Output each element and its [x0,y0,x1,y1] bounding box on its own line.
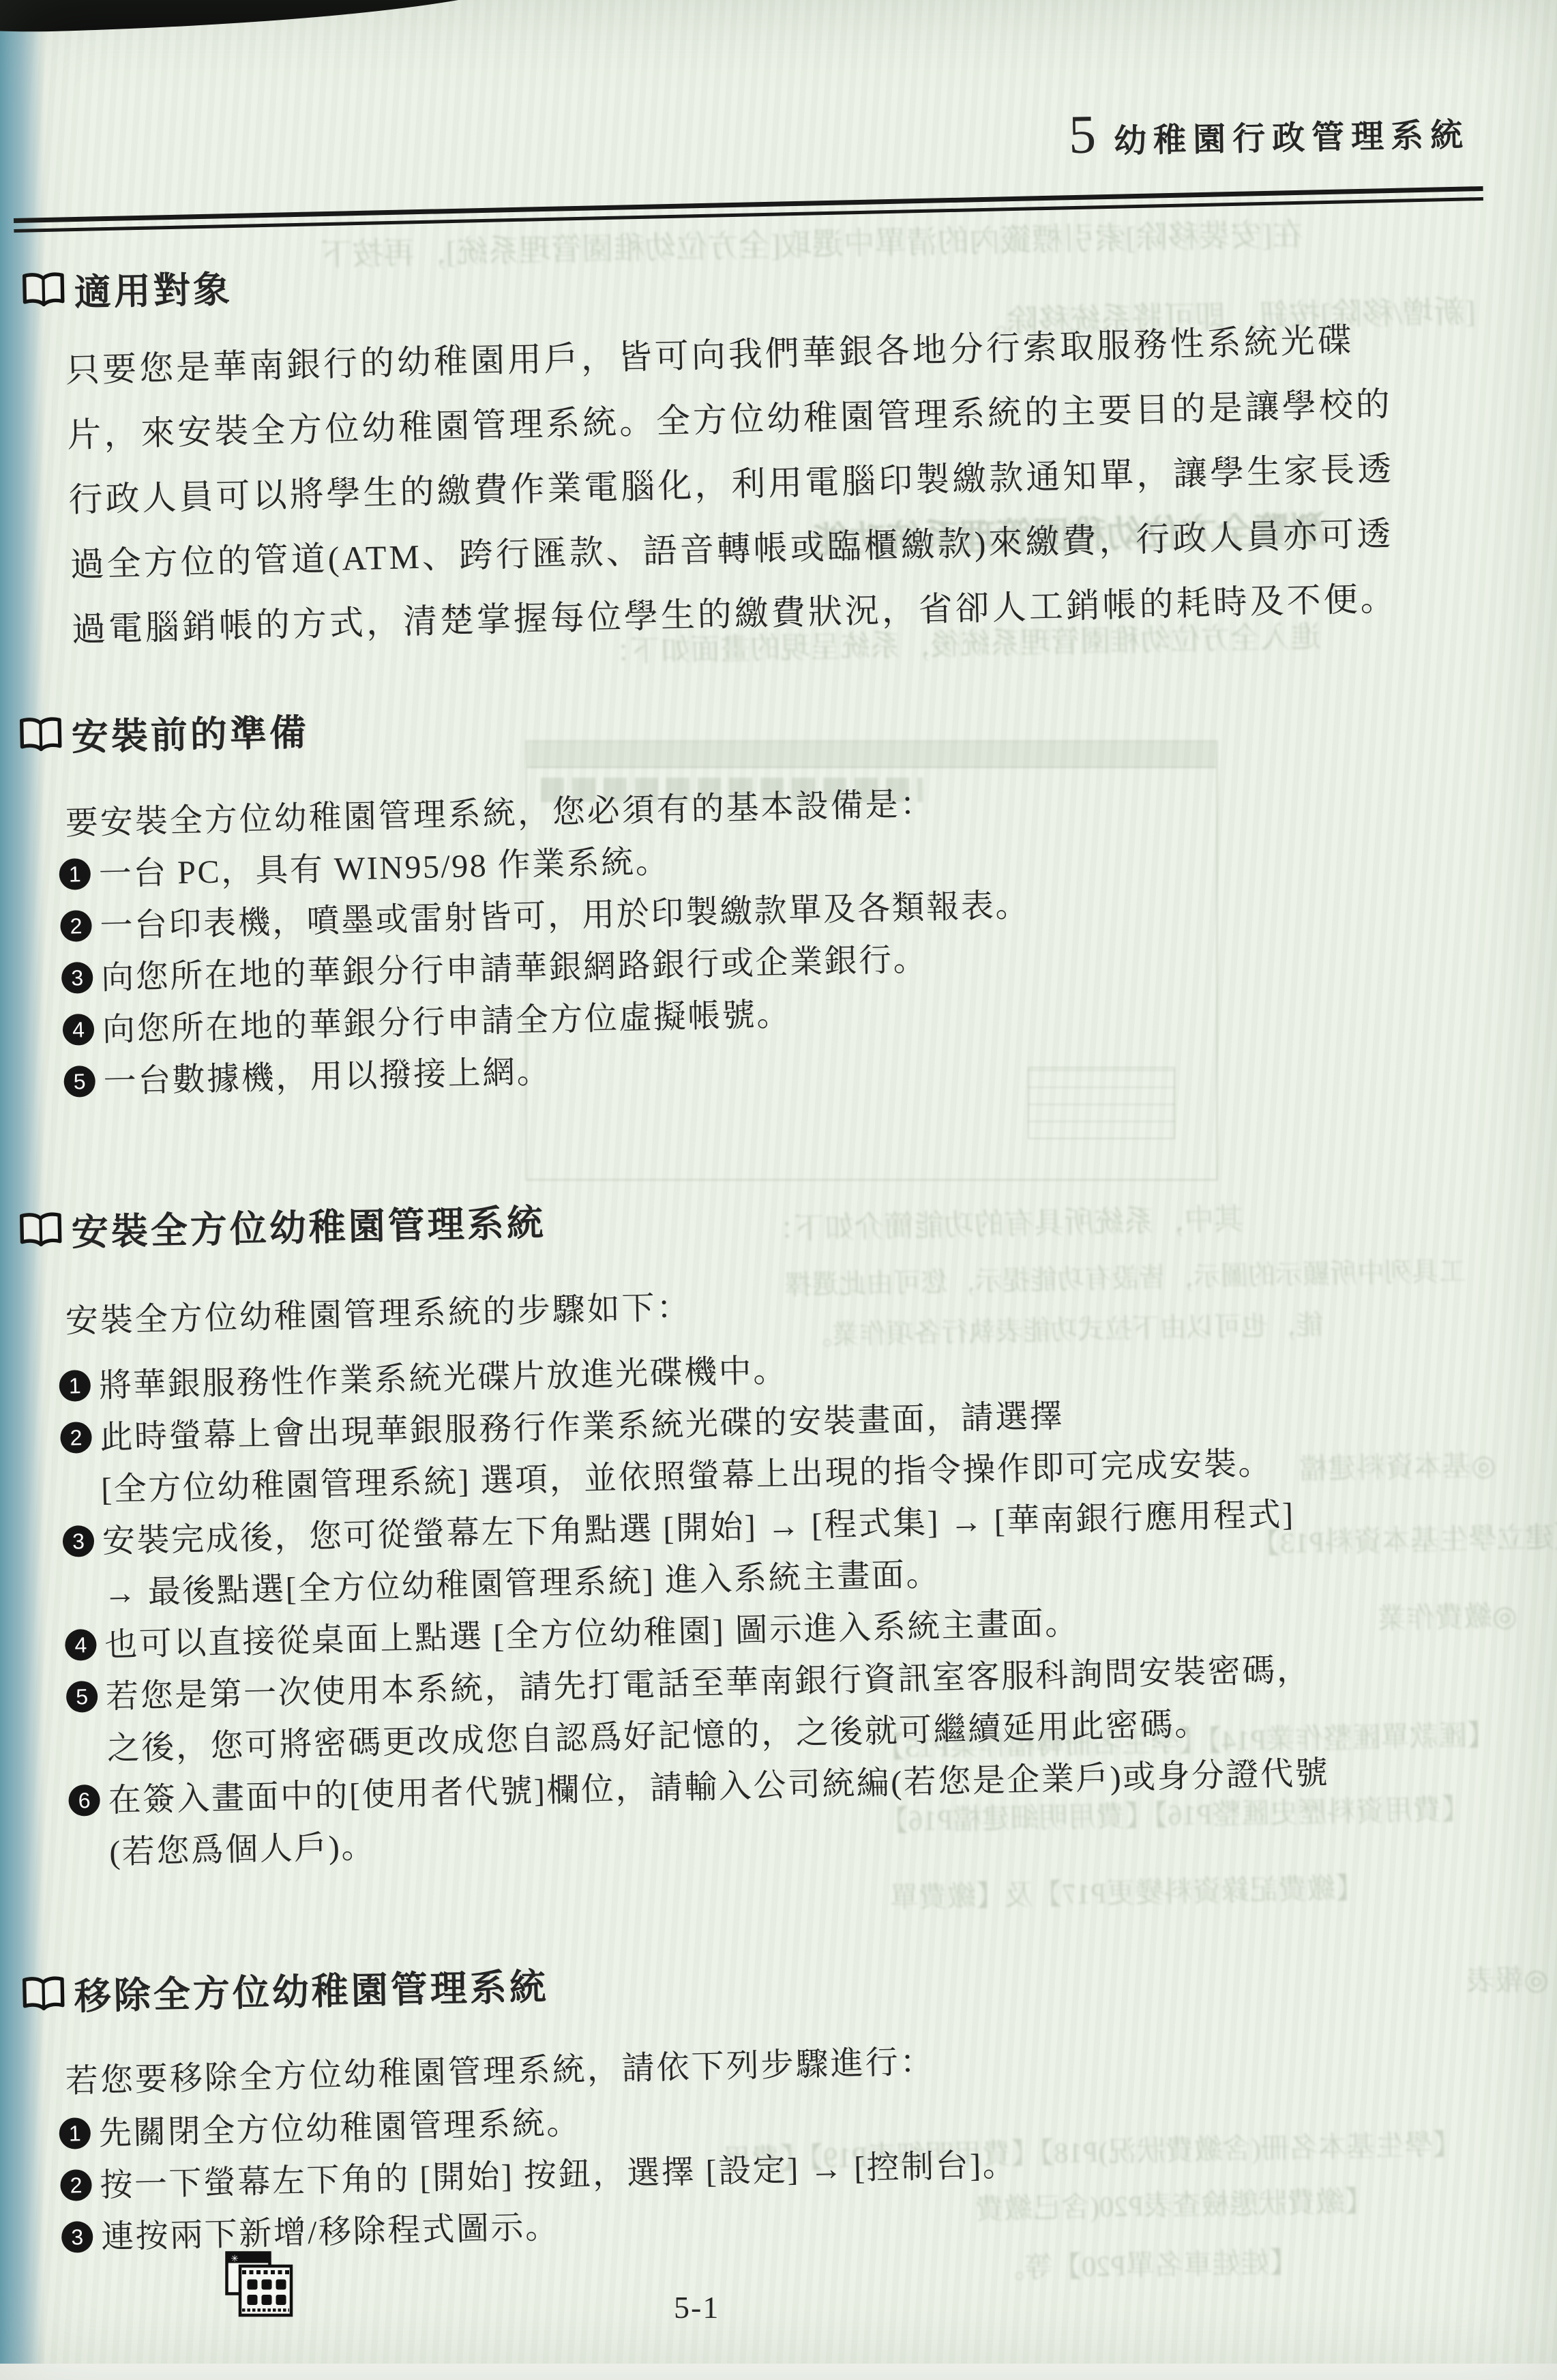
section-heading-install: 安裝全方位幼稚園管理系統 [18,1194,546,1257]
scan-bottom-margin [0,2364,1557,2380]
list-item-text: 連按兩下新增/移除程式圖示。 [101,2209,560,2255]
section-title: 適用對象 [74,261,233,317]
bleedthrough-text: 【娃娃車名單P20】等。 [995,2239,1299,2287]
section-heading-applicable-users: 適用對象 [20,261,233,317]
item-number-badge: 3 [62,1525,94,1557]
section-title: 安裝全方位幼稚園管理系統 [71,1194,546,1257]
install-intro: 安裝全方位幼稚園管理系統的步驟如下： [65,1280,692,1342]
uninstall-steps-list: 1先關閉全方位幼稚園管理系統。 2按一下螢幕左下角的 [開始] 按鈕，選擇 [設… [59,2087,1019,2265]
section-heading-uninstall: 移除全方位幼稚園管理系統 [20,1958,549,2021]
item-number-badge: 4 [62,1014,94,1046]
item-number-badge: 3 [61,962,93,994]
open-book-icon [18,1211,63,1249]
bleedthrough-text: 工具列中所顯示的圖示，皆設有功能提示，您可由此選擇 [784,1250,1467,1303]
bleedthrough-text: ◎報表 [1466,1957,1549,2000]
section-heading-pre-install: 安裝前的準備 [18,703,310,762]
scan-corner-shadow [0,0,529,34]
install-steps-list: 1將華銀服務性作業系統光碟片放進光碟機中。 2此時螢幕上會出現華銀服務行作業系統… [59,1333,1331,1880]
page-number: 5-1 [674,2289,720,2325]
pre-install-list: 1一台 PC，具有 WIN95/98 作業系統。 2一台印表機，噴墨或雷射皆可，… [59,828,1034,1109]
item-number-badge: 4 [65,1629,97,1661]
list-item-text: 向您所在地的華銀分行申請華銀網路銀行或企業銀行。 [101,941,928,996]
list-item-text: 向您所在地的華銀分行申請全方位虛擬帳號。 [102,997,791,1048]
item-number-badge: 2 [60,1422,92,1454]
item-number-badge: 2 [60,2169,92,2201]
item-number-badge: 1 [59,1370,91,1402]
bleedthrough-window-titlebar [527,742,1216,768]
bleedthrough-text: 【繳費狀態檢查表P20(含已繳費 [975,2179,1373,2228]
section-title: 安裝前的準備 [71,703,310,761]
item-number-badge: 5 [63,1066,95,1098]
list-item-text: 將華銀服務性作業系統光碟片放進光碟機中。 [98,1353,788,1405]
scanned-manual-page: 在[安裝移除]索引標籤內的清單中選取[全方位幼稚園管理系統]，再按下 [新增/移… [0,0,1557,2380]
app-windows-icon: ✳ [224,2250,295,2325]
item-number-badge: 1 [59,858,91,890]
bleedthrough-text: 【繳費記錄資料變更P17】及【繳費單 [889,1866,1364,1917]
item-number-badge: 1 [59,2117,91,2149]
chapter-number: 5 [1068,104,1097,166]
list-item-text: 先關閉全方位幼稚園管理系統。 [98,2105,581,2152]
open-book-icon [18,716,63,754]
svg-text:✳: ✳ [231,2253,239,2264]
applicable-users-paragraph: 只要您是華南銀行的幼稚園用戶，皆可向我們華銀各地分行索取服務性系統光碟 片，來安… [65,307,1398,662]
open-book-icon [20,1975,66,2013]
section-title: 移除全方位幼稚園管理系統 [74,1958,549,2021]
bleedthrough-text: 其中，系統所具有的功能簡介如下： [763,1194,1244,1248]
running-header: 5 幼稚園行政管理系統 [1068,98,1470,166]
bleedthrough-text: ◎基本資料建檔 [1299,1443,1496,1488]
item-number-badge: 2 [60,910,92,942]
list-item-text: 一台數據機，用以撥接上網。 [103,1054,552,1100]
item-number-badge: 5 [66,1681,98,1713]
scan-edge-strip [0,0,45,2380]
bleedthrough-text: ◎繳費作業 [1377,1593,1517,1637]
bleedthrough-window-table [1028,1067,1175,1139]
list-item-text: 一台 PC，具有 WIN95/98 作業系統。 [98,844,670,893]
open-book-icon [20,271,66,309]
item-number-badge: 6 [68,1784,100,1817]
chapter-title: 幼稚園行政管理系統 [1114,108,1470,162]
item-number-badge: 3 [61,2221,93,2253]
